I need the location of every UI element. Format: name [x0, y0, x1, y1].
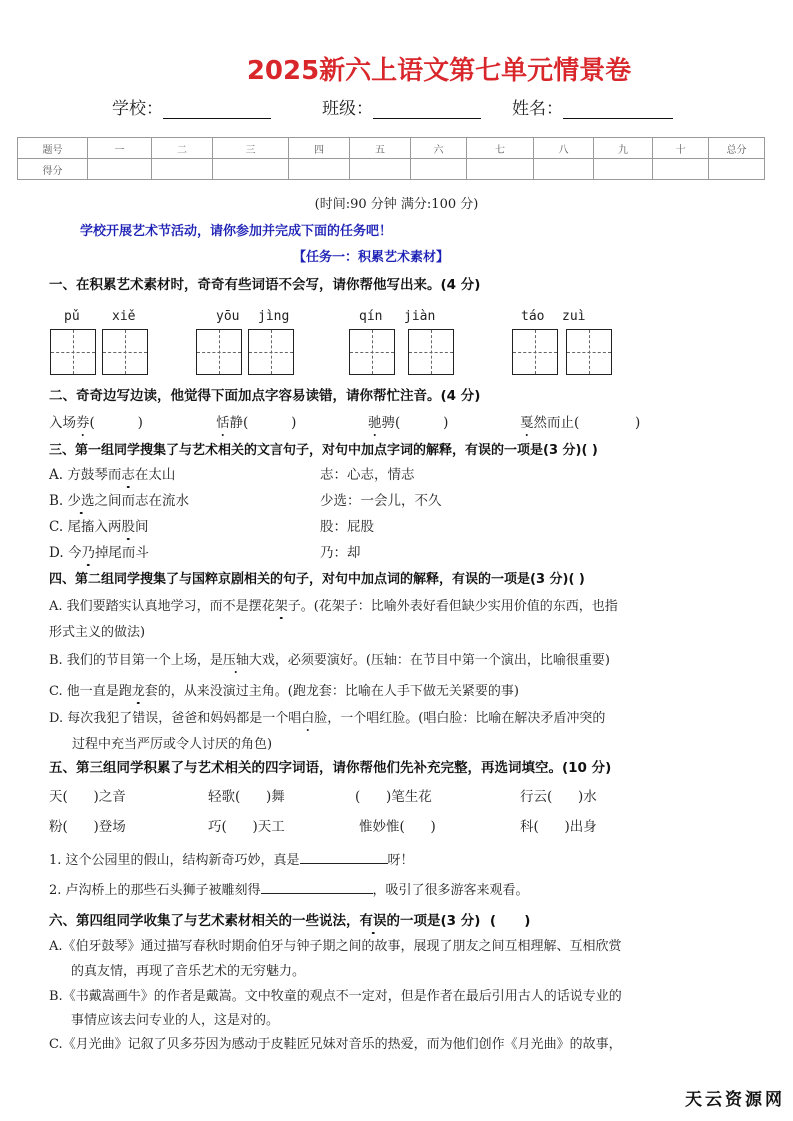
q6-option-a[interactable]: A.《伯牙鼓琴》通过描写春秋时期俞伯牙与钟子期之间的故事，展现了朋友之间互相理解…	[49, 935, 622, 954]
idiom-item[interactable]: ( )笔生花	[355, 785, 432, 805]
option-text: 方鼓琴而	[67, 467, 121, 483]
dotted-char: 志	[121, 467, 135, 483]
option-text: 我们要踏实认真地学习，而不是摆	[67, 599, 262, 614]
option-text: 掉尾而斗	[95, 545, 149, 561]
q4-option-c[interactable]: C. 他一直是跑龙套的，从来没演过主角。(跑龙套：比喻在人手下做无关紧要的事)	[49, 680, 519, 699]
writing-grid-box[interactable]	[512, 329, 558, 375]
dotted-char: 股	[121, 519, 135, 535]
header-cell: 六	[411, 138, 467, 159]
option-text: 在太山	[135, 467, 176, 483]
class-label: 班级：	[322, 99, 373, 119]
q3-title: 三、第一组同学搜集了与艺术相关的文言句子，对句中加点字词的解释，有误的一项是(3…	[49, 439, 598, 458]
option-text: 大戏，必须要演好。(压轴：在节目中第一个演出，比喻很重要)	[249, 653, 610, 668]
option-text: 之间而志在流水	[95, 493, 190, 509]
pinyin: táo	[521, 309, 544, 324]
writing-grid-box[interactable]	[566, 329, 612, 375]
q4-option-a[interactable]: A. 我们要踏实认真地学习，而不是摆花架子。(花架子：比喻外表好看但缺少实用价值…	[49, 595, 618, 614]
dotted-char: 乃	[81, 545, 95, 561]
option-text: 《月光曲》记叙了贝多芬因为感动于皮鞋匠兄妹对音乐的热爱，而为他们创作《月光曲》的…	[63, 1037, 622, 1052]
pinyin: xiě	[112, 309, 135, 324]
option-text: 间	[135, 519, 149, 535]
dotted-word: 唱白脸	[288, 711, 327, 726]
q3-explain-b: 少选：一会儿，不久	[320, 489, 442, 509]
pinyin: jiàn	[404, 309, 435, 324]
pinyin: jìng	[258, 309, 289, 324]
q2-title: 二、奇奇边写边读，他觉得下面加点字容易读错，请你帮忙注音。(4 分)	[49, 384, 480, 404]
q2-item: 驰骋( )	[368, 411, 448, 431]
q3-option-d[interactable]: D. 今乃掉尾而斗	[49, 541, 149, 561]
school-input[interactable]	[163, 100, 271, 119]
score-cell[interactable]	[594, 159, 653, 180]
header-cell: 八	[534, 138, 594, 159]
score-cell[interactable]	[152, 159, 213, 180]
score-cell[interactable]	[289, 159, 350, 180]
option-text: 今	[68, 545, 82, 561]
score-cell[interactable]	[350, 159, 411, 180]
score-cell[interactable]	[653, 159, 709, 180]
idiom-item[interactable]: 科( )出身	[520, 815, 597, 835]
q3-explain-c: 股：屁股	[320, 515, 374, 535]
sentence-text: 呀！	[388, 853, 414, 868]
answer-blank[interactable]: ( )	[243, 415, 296, 431]
option-label: A.	[49, 467, 63, 483]
class-field: 班级：	[322, 94, 481, 119]
dotted-word: 有误	[360, 913, 387, 929]
q6-option-b[interactable]: B.《书戴嵩画牛》的作者是戴嵩。文中牧童的观点不一定对，但是作者在最后引用古人的…	[49, 985, 622, 1004]
q4-title: 四、第二组同学搜集了与国粹京剧相关的句子，对句中加点词的解释，有误的一项是(3 …	[49, 568, 585, 587]
option-label: D.	[49, 545, 64, 561]
idiom-item[interactable]: 行云( )水	[520, 785, 597, 805]
word-text: 入场	[49, 415, 76, 431]
score-cell[interactable]	[467, 159, 534, 180]
q4-option-d-cont: 过程中充当严厉或令人讨厌的角色)	[72, 733, 272, 752]
idiom-item[interactable]: 轻歌( )舞	[208, 785, 285, 805]
q4-option-d[interactable]: D. 每次我犯了错误，爸爸和妈妈都是一个唱白脸，一个唱红脸。(唱白脸：比喻在解决…	[49, 707, 605, 726]
pinyin: pǔ	[64, 309, 80, 324]
header-cell: 题号	[18, 138, 88, 159]
option-text: 他一直是	[67, 684, 119, 699]
header-cell: 二	[152, 138, 213, 159]
dotted-char: 驰	[368, 415, 382, 431]
pinyin: qín	[359, 309, 382, 324]
header-cell: 七	[467, 138, 534, 159]
watermark: 天云资源网	[685, 1085, 785, 1110]
title-text: 的一项是(3 分) ( )	[387, 913, 531, 929]
q3-explain-a: 志：心志，情志	[320, 463, 415, 483]
idiom-item[interactable]: 天( )之音	[49, 785, 126, 805]
option-label: C.	[49, 519, 63, 535]
idiom-item[interactable]: 粉( )登场	[49, 815, 126, 835]
header-cell: 四	[289, 138, 350, 159]
fill-blank[interactable]	[261, 879, 373, 894]
score-cell[interactable]	[88, 159, 152, 180]
score-row-label: 得分	[18, 159, 88, 180]
idiom-item[interactable]: 惟妙惟( )	[359, 815, 436, 835]
header-cell: 总分	[709, 138, 765, 159]
answer-blank[interactable]: ( )	[90, 415, 143, 431]
q5-title: 五、第三组同学积累了与艺术相关的四字词语，请你帮他们先补充完整，再选词填空。(1…	[49, 756, 611, 776]
writing-grid-box[interactable]	[50, 329, 96, 375]
dotted-word: 跑龙套	[119, 684, 158, 699]
sentence-text: 1. 这个公园里的假山，结构新奇巧妙，真是	[49, 853, 300, 868]
fill-sentence-1: 1. 这个公园里的假山，结构新奇巧妙，真是呀！	[49, 849, 414, 868]
q3-option-c[interactable]: C. 尾搐入两股间	[49, 515, 148, 535]
q3-option-a[interactable]: A. 方鼓琴而志在太山	[49, 463, 175, 483]
q2-item: 入场券( )	[49, 411, 143, 431]
option-label: A.	[49, 599, 63, 614]
q2-item: 恬静( )	[216, 411, 296, 431]
name-input[interactable]	[563, 100, 673, 119]
word-text: 然而止	[534, 415, 575, 431]
score-table: 题号 一 二 三 四 五 六 七 八 九 十 总分 得分	[17, 137, 765, 180]
task-heading: 【任务一：积累艺术素材】	[293, 246, 449, 265]
word-text: 骋	[382, 415, 396, 431]
header-cell: 九	[594, 138, 653, 159]
class-input[interactable]	[373, 100, 481, 119]
q1-title: 一、在积累艺术素材时，奇奇有些词语不会写，请你帮他写出来。(4 分)	[49, 273, 480, 293]
writing-grid-box[interactable]	[248, 329, 294, 375]
header-cell: 十	[653, 138, 709, 159]
q6-option-b-cont: 事情应该去问专业的人，这是对的。	[71, 1009, 279, 1028]
score-table-score-row: 得分	[18, 159, 765, 180]
q3-explain-d: 乃：却	[320, 541, 361, 561]
dotted-word: 花架子	[262, 599, 301, 614]
option-text: ，一个唱红脸。(唱白脸：比喻在解决矛盾冲突的	[327, 711, 605, 726]
answer-blank[interactable]: ( )	[395, 415, 448, 431]
option-label: C.	[49, 684, 63, 699]
word-text: 静	[230, 415, 244, 431]
writing-grid-box[interactable]	[408, 329, 454, 375]
title-text: 六、第四组同学收集了与艺术素材相关的一些说法，	[49, 913, 360, 929]
score-cell[interactable]	[534, 159, 594, 180]
answer-blank[interactable]: ( )	[574, 415, 640, 431]
option-text: 《书戴嵩画牛》的作者是戴嵩。文中牧童的观点不一定对，但是作者在最后引用古人的话说…	[63, 989, 622, 1004]
dotted-char: 少选	[68, 493, 95, 509]
dotted-char: 戛	[520, 415, 534, 431]
option-label: D.	[49, 711, 63, 726]
pinyin: yōu	[216, 309, 239, 324]
name-field: 姓名：	[512, 94, 673, 119]
score-cell[interactable]	[709, 159, 765, 180]
option-label: B.	[49, 989, 63, 1004]
sentence-text: ，吸引了很多游客来观看。	[373, 883, 529, 898]
exam-info: (时间:90 分钟 满分:100 分)	[0, 193, 793, 212]
pinyin: zuì	[562, 309, 585, 324]
option-label: A.	[49, 939, 63, 954]
q6-option-c[interactable]: C.《月光曲》记叙了贝多芬因为感动于皮鞋匠兄妹对音乐的热爱，而为他们创作《月光曲…	[49, 1033, 622, 1052]
header-cell: 三	[213, 138, 289, 159]
option-label: B.	[49, 493, 63, 509]
school-label: 学校：	[112, 99, 163, 119]
q3-option-b[interactable]: B. 少选之间而志在流水	[49, 489, 189, 509]
q4-option-b[interactable]: B. 我们的节目第一个上场，是压轴大戏，必须要演好。(压轴：在节目中第一个演出，…	[49, 649, 610, 668]
dotted-char: 恬	[216, 415, 230, 431]
writing-grid-box[interactable]	[196, 329, 242, 375]
option-text: 。(花架子：比喻外表好看但缺少实用价值的东西，也指	[301, 599, 618, 614]
option-text: 我们的节目第一个上场，是	[67, 653, 223, 668]
score-cell[interactable]	[213, 159, 289, 180]
option-label: B.	[49, 653, 63, 668]
sentence-text: 2. 卢沟桥上的那些石头狮子被雕刻得	[49, 883, 261, 898]
writing-grid-box[interactable]	[349, 329, 395, 375]
option-text: 每次我犯了错误，爸爸和妈妈都是一个	[67, 711, 288, 726]
header-cell: 五	[350, 138, 411, 159]
school-field: 学校：	[112, 94, 271, 119]
name-label: 姓名：	[512, 99, 563, 119]
option-text: 的，从来没演过主角。(跑龙套：比喻在人手下做无关紧要的事)	[158, 684, 519, 699]
q4-option-a-cont: 形式主义的做法)	[49, 621, 145, 640]
option-text: 《伯牙鼓琴》通过描写春秋时期俞伯牙与钟子期之间的故事，展现了朋友之间互相理解、互…	[63, 939, 622, 954]
score-table-header-row: 题号 一 二 三 四 五 六 七 八 九 十 总分	[18, 138, 765, 159]
exam-title: 2025新六上语文第七单元情景卷	[0, 50, 793, 87]
dotted-word: 压轴	[223, 653, 249, 668]
dotted-char: 券	[76, 415, 90, 431]
idiom-item[interactable]: 巧( )天工	[208, 815, 285, 835]
option-label: C.	[49, 1037, 63, 1052]
intro-text: 学校开展艺术节活动，请你参加并完成下面的任务吧！	[80, 220, 392, 239]
fill-blank[interactable]	[300, 849, 388, 864]
q6-option-a-cont: 的真友情，再现了音乐艺术的无穷魅力。	[71, 960, 305, 979]
header-cell: 一	[88, 138, 152, 159]
fill-sentence-2: 2. 卢沟桥上的那些石头狮子被雕刻得，吸引了很多游客来观看。	[49, 879, 529, 898]
score-cell[interactable]	[411, 159, 467, 180]
q6-title: 六、第四组同学收集了与艺术素材相关的一些说法，有误的一项是(3 分) ( )	[49, 909, 530, 929]
q2-item: 戛然而止( )	[520, 411, 640, 431]
writing-grid-box[interactable]	[102, 329, 148, 375]
option-text: 尾搐入两	[67, 519, 121, 535]
